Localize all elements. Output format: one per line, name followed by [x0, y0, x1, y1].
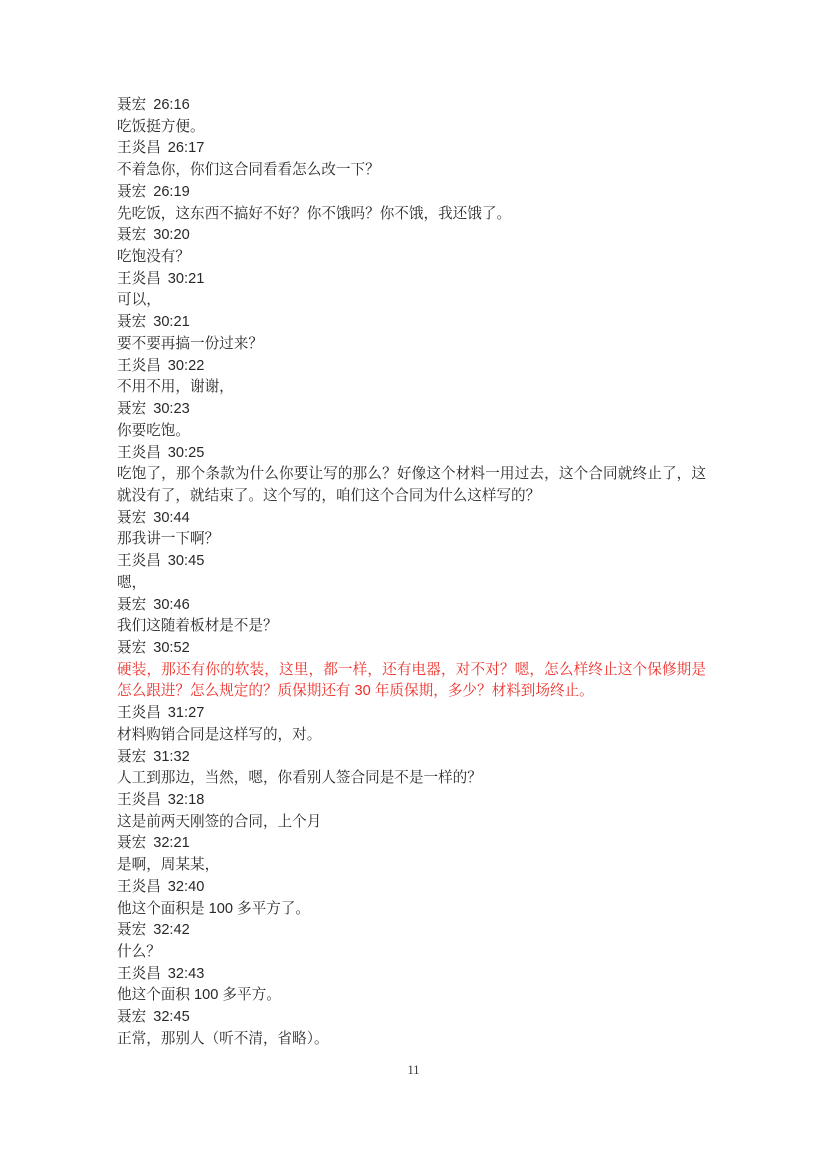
timestamp: 31:32 — [153, 749, 190, 765]
message-text: 他这个面积 100 多平方。 — [117, 985, 706, 1007]
message: 王炎昌32:43 他这个面积 100 多平方。 — [117, 964, 706, 1007]
message-text: 吃饱没有？ — [117, 247, 706, 269]
message: 王炎昌30:22 不用不用，谢谢， — [117, 356, 706, 399]
message: 聂宏32:42 什么？ — [117, 920, 706, 963]
message: 王炎昌32:40 他这个面积是 100 多平方了。 — [117, 877, 706, 920]
message: 聂宏30:44 那我讲一下啊？ — [117, 508, 706, 551]
message-text: 吃饱了，那个条款为什么你要让写的那么？好像这个材料一用过去，这个合同就终止了，这… — [117, 464, 706, 507]
speaker-name: 聂宏 — [117, 314, 146, 330]
timestamp: 31:27 — [168, 705, 205, 721]
message-text: 嗯， — [117, 573, 706, 595]
speaker-name: 王炎昌 — [117, 705, 161, 721]
page-number: 11 — [0, 1063, 827, 1078]
message: 聂宏30:23 你要吃饱。 — [117, 399, 706, 442]
message-header: 聂宏30:23 — [117, 399, 706, 421]
timestamp: 32:18 — [168, 792, 205, 808]
timestamp: 32:42 — [153, 922, 190, 938]
message: 王炎昌31:27 材料购销合同是这样写的，对。 — [117, 703, 706, 746]
message-header: 王炎昌31:27 — [117, 703, 706, 725]
timestamp: 30:23 — [153, 401, 190, 417]
message-header: 聂宏30:21 — [117, 312, 706, 334]
message: 聂宏32:21 是啊，周某某， — [117, 833, 706, 876]
message-text: 你要吃饱。 — [117, 421, 706, 443]
timestamp: 32:21 — [153, 835, 190, 851]
speaker-name: 王炎昌 — [117, 879, 161, 895]
message: 聂宏32:45 正常，那别人（听不清，省略）。 — [117, 1007, 706, 1050]
timestamp: 26:17 — [168, 140, 205, 156]
message-text: 硬装，那还有你的软装，这里，都一样，还有电器，对不对？嗯，怎么样终止这个保修期是… — [117, 660, 706, 703]
message-text: 那我讲一下啊？ — [117, 529, 706, 551]
timestamp: 30:25 — [168, 445, 205, 461]
message-header: 王炎昌32:40 — [117, 877, 706, 899]
speaker-name: 聂宏 — [117, 401, 146, 417]
message-text: 可以， — [117, 290, 706, 312]
message-highlighted: 聂宏30:52 硬装，那还有你的软装，这里，都一样，还有电器，对不对？嗯，怎么样… — [117, 638, 706, 703]
message-text: 材料购销合同是这样写的，对。 — [117, 725, 706, 747]
message-header: 聂宏32:21 — [117, 833, 706, 855]
message-header: 王炎昌30:21 — [117, 269, 706, 291]
message: 聂宏26:16 吃饭挺方便。 — [117, 95, 706, 138]
message-text: 他这个面积是 100 多平方了。 — [117, 899, 706, 921]
message-header: 王炎昌32:18 — [117, 790, 706, 812]
speaker-name: 聂宏 — [117, 97, 146, 113]
speaker-name: 王炎昌 — [117, 271, 161, 287]
message: 王炎昌30:21 可以， — [117, 269, 706, 312]
message-text: 这是前两天刚签的合同，上个月 — [117, 812, 706, 834]
message-text: 人工到那边，当然，嗯，你看别人签合同是不是一样的？ — [117, 768, 706, 790]
message-header: 王炎昌32:43 — [117, 964, 706, 986]
speaker-name: 聂宏 — [117, 597, 146, 613]
message-header: 聂宏26:16 — [117, 95, 706, 117]
message-header: 王炎昌30:25 — [117, 443, 706, 465]
timestamp: 30:45 — [168, 553, 205, 569]
message-header: 王炎昌30:45 — [117, 551, 706, 573]
message-text: 什么？ — [117, 942, 706, 964]
speaker-name: 王炎昌 — [117, 140, 161, 156]
message: 聂宏26:19 先吃饭，这东西不搞好不好？你不饿吗？你不饿，我还饿了。 — [117, 182, 706, 225]
timestamp: 30:20 — [153, 227, 190, 243]
timestamp: 30:52 — [153, 640, 190, 656]
message-header: 王炎昌30:22 — [117, 356, 706, 378]
timestamp: 32:45 — [153, 1009, 190, 1025]
speaker-name: 聂宏 — [117, 510, 146, 526]
speaker-name: 王炎昌 — [117, 966, 161, 982]
speaker-name: 聂宏 — [117, 1009, 146, 1025]
timestamp: 30:22 — [168, 358, 205, 374]
speaker-name: 聂宏 — [117, 640, 146, 656]
message-text: 不着急你，你们这合同看看怎么改一下？ — [117, 160, 706, 182]
message-text: 我们这随着板材是不是？ — [117, 616, 706, 638]
message-text: 先吃饭，这东西不搞好不好？你不饿吗？你不饿，我还饿了。 — [117, 204, 706, 226]
message-header: 聂宏26:19 — [117, 182, 706, 204]
message-header: 聂宏31:32 — [117, 747, 706, 769]
speaker-name: 聂宏 — [117, 184, 146, 200]
timestamp: 32:43 — [168, 966, 205, 982]
timestamp: 32:40 — [168, 879, 205, 895]
timestamp: 26:19 — [153, 184, 190, 200]
message: 聂宏30:21 要不要再搞一份过来？ — [117, 312, 706, 355]
message: 聂宏30:20 吃饱没有？ — [117, 225, 706, 268]
timestamp: 30:21 — [153, 314, 190, 330]
timestamp: 30:21 — [168, 271, 205, 287]
transcript: 聂宏26:16 吃饭挺方便。 王炎昌26:17 不着急你，你们这合同看看怎么改一… — [117, 95, 706, 1051]
message-header: 聂宏32:45 — [117, 1007, 706, 1029]
speaker-name: 聂宏 — [117, 227, 146, 243]
message-header: 聂宏30:44 — [117, 508, 706, 530]
message-text: 要不要再搞一份过来？ — [117, 334, 706, 356]
speaker-name: 王炎昌 — [117, 792, 161, 808]
document-page: 聂宏26:16 吃饭挺方便。 王炎昌26:17 不着急你，你们这合同看看怎么改一… — [0, 0, 827, 1169]
message-header: 王炎昌26:17 — [117, 138, 706, 160]
speaker-name: 王炎昌 — [117, 358, 161, 374]
message: 王炎昌30:25 吃饱了，那个条款为什么你要让写的那么？好像这个材料一用过去，这… — [117, 443, 706, 508]
timestamp: 30:46 — [153, 597, 190, 613]
timestamp: 30:44 — [153, 510, 190, 526]
message-header: 聂宏30:46 — [117, 595, 706, 617]
message: 聂宏31:32 人工到那边，当然，嗯，你看别人签合同是不是一样的？ — [117, 747, 706, 790]
message: 王炎昌26:17 不着急你，你们这合同看看怎么改一下？ — [117, 138, 706, 181]
message-text: 正常，那别人（听不清，省略）。 — [117, 1029, 706, 1051]
message-header: 聂宏30:52 — [117, 638, 706, 660]
speaker-name: 王炎昌 — [117, 553, 161, 569]
message-text: 是啊，周某某， — [117, 855, 706, 877]
speaker-name: 王炎昌 — [117, 445, 161, 461]
message: 王炎昌30:45 嗯， — [117, 551, 706, 594]
message: 王炎昌32:18 这是前两天刚签的合同，上个月 — [117, 790, 706, 833]
speaker-name: 聂宏 — [117, 749, 146, 765]
timestamp: 26:16 — [153, 97, 190, 113]
speaker-name: 聂宏 — [117, 922, 146, 938]
message-header: 聂宏30:20 — [117, 225, 706, 247]
message-text: 不用不用，谢谢， — [117, 377, 706, 399]
message-header: 聂宏32:42 — [117, 920, 706, 942]
speaker-name: 聂宏 — [117, 835, 146, 851]
message-text: 吃饭挺方便。 — [117, 117, 706, 139]
message: 聂宏30:46 我们这随着板材是不是？ — [117, 595, 706, 638]
